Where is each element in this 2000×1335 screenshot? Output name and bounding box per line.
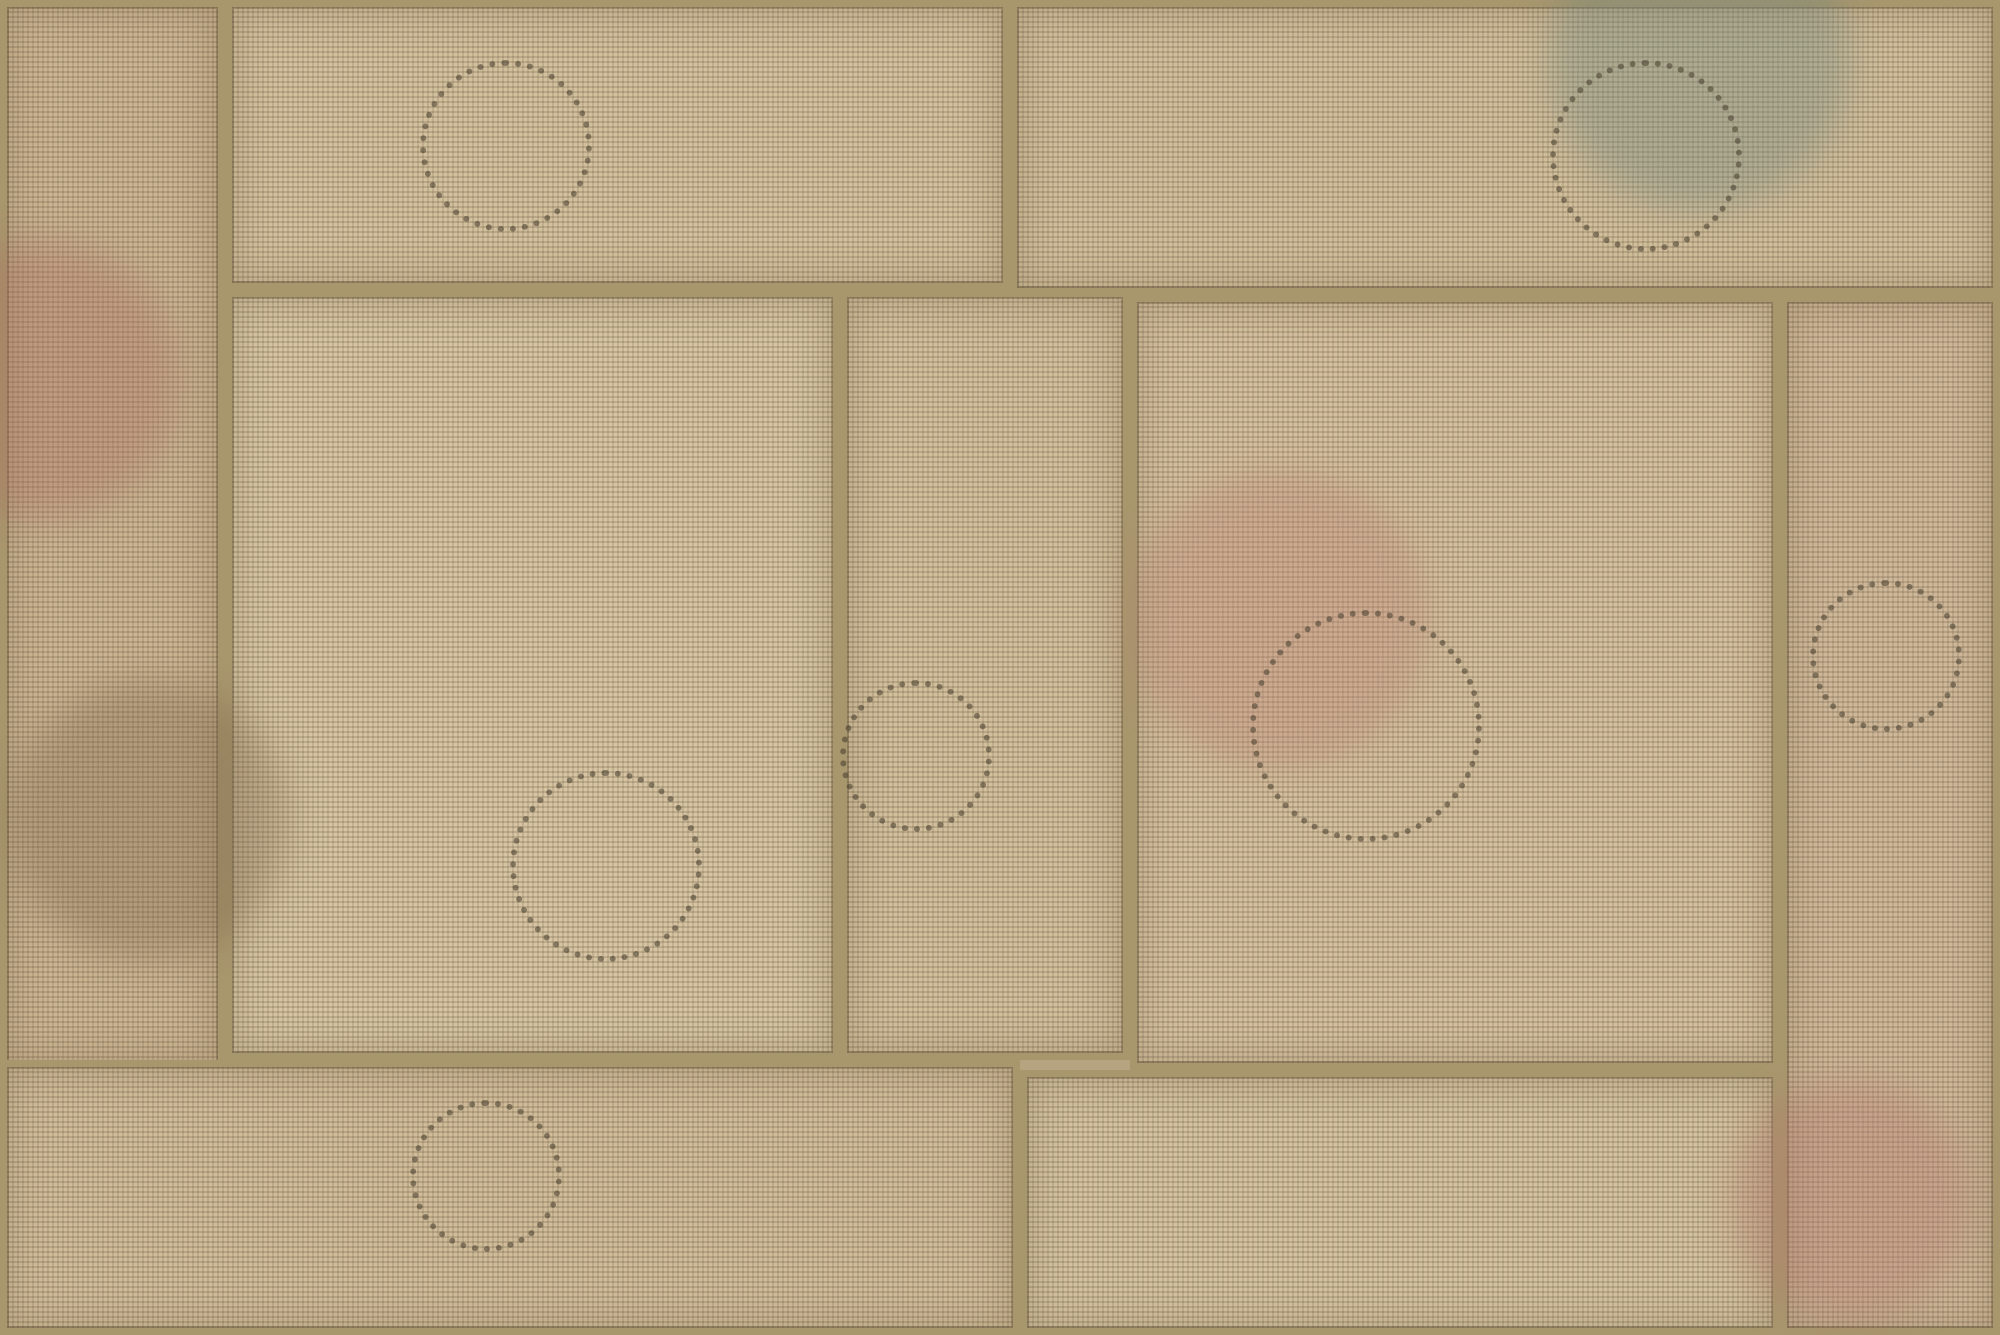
rug-patch-bottom-center [1020,1070,1780,1335]
floral-motif [1810,580,1962,732]
patchwork-rug-photo [0,0,2000,1335]
floral-motif [840,680,992,832]
rug-patch-mid-center [840,290,1130,1060]
faded-dye-stain [10,680,290,960]
rug-patch-top-center [225,0,1010,290]
floral-motif [420,60,592,232]
rug-patch-mid-left-plain [225,290,840,1060]
floral-motif [410,1100,562,1252]
rug-patch-top-right [1010,0,2000,295]
faded-dye-stain [1730,1080,1970,1320]
floral-motif [1250,610,1482,842]
floral-motif [1550,60,1742,252]
floral-motif [510,770,702,962]
